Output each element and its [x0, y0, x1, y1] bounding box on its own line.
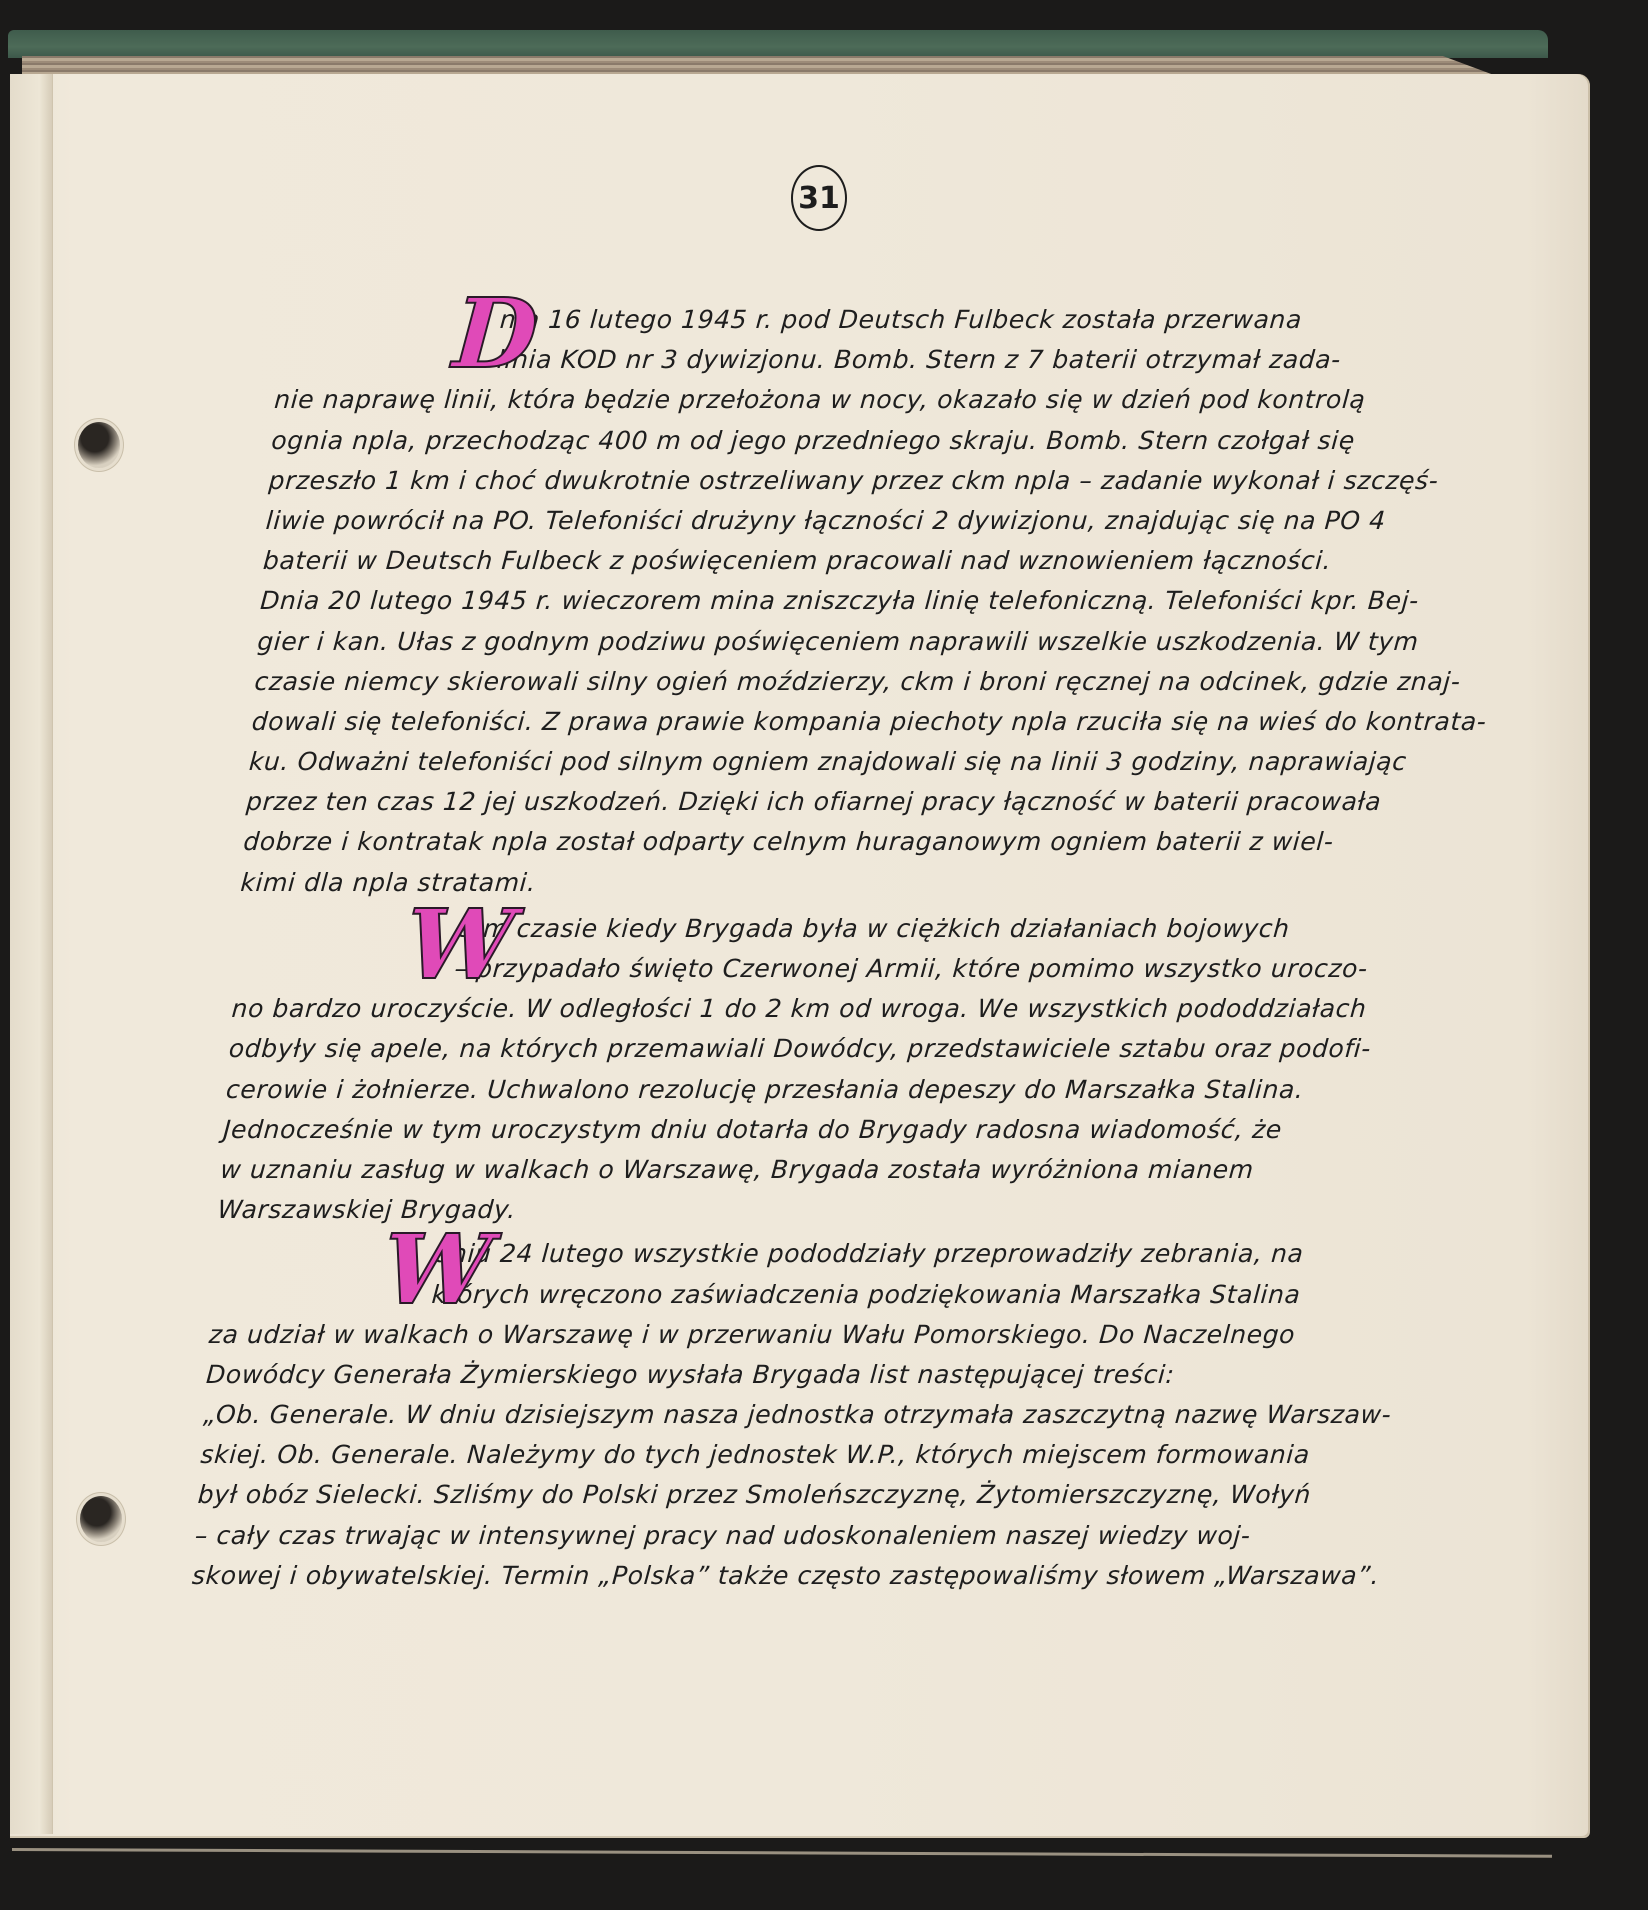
binder-hole-bottom [80, 1496, 122, 1542]
page-number-circle: 31 [791, 165, 847, 231]
paragraph-2: W tym czasie kiedy Brygada była w ciężki… [216, 909, 1438, 1231]
text-line: ognia npla, przechodząc 400 m od jego pr… [270, 421, 1473, 461]
text-line: „Ob. Generale. W dniu dzisiejszym nasza … [202, 1395, 1405, 1435]
text-line: był obóz Sielecki. Szliśmy do Polski prz… [196, 1475, 1399, 1515]
text-line: Dowódcy Generała Żymierskiego wysłała Br… [205, 1355, 1408, 1395]
text-line: baterii w Deutsch Fulbeck z poświęceniem… [262, 541, 1465, 581]
decorative-initial-d: D [451, 286, 542, 382]
decorative-initial-w: W [380, 1222, 495, 1318]
text-line: przez ten czas 12 jej uszkodzeń. Dzięki … [245, 782, 1448, 822]
binder-hole-top [78, 422, 120, 468]
paragraph-1: D nia 16 lutego 1945 r. pod Deutsch Fulb… [239, 300, 1481, 903]
page-number: 31 [798, 181, 840, 216]
text-line: przeszło 1 km i choć dwukrotnie ostrzeli… [267, 461, 1470, 501]
text-line: – cały czas trwając w intensywnej pracy … [193, 1516, 1396, 1556]
text-line: Dnia 20 lutego 1945 r. wieczorem mina zn… [259, 581, 1462, 621]
text-line: skowej i obywatelskiej. Termin „Polska” … [191, 1556, 1394, 1596]
book-cover-edge [8, 30, 1548, 58]
text-line: czasie niemcy skierowali silny ogień moź… [253, 662, 1456, 702]
page-gutter [10, 74, 53, 1834]
text-line: liwie powrócił na PO. Telefoniści drużyn… [264, 501, 1467, 541]
text-line: dobrze i kontratak npla został odparty c… [242, 822, 1445, 862]
text-line: gier i kan. Ułas z godnym podziwu poświę… [256, 622, 1459, 662]
text-line: Jednocześnie w tym uroczystym dniu dotar… [222, 1110, 1425, 1150]
text-line: dowali się telefoniści. Z prawa prawie k… [250, 702, 1453, 742]
text-line: ku. Odważni telefoniści pod silnym ognie… [248, 742, 1451, 782]
page-bottom-edge [12, 1848, 1552, 1858]
handwritten-text: D nia 16 lutego 1945 r. pod Deutsch Fulb… [191, 300, 1482, 1596]
text-line: odbyły się apele, na których przemawiali… [227, 1029, 1430, 1069]
text-line: skiej. Ob. Generale. Należymy do tych je… [199, 1435, 1402, 1475]
decorative-initial-w: W [403, 897, 518, 993]
text-line: cerowie i żołnierze. Uchwalono rezolucję… [225, 1070, 1428, 1110]
text-line: w uznaniu zasług w walkach o Warszawę, B… [219, 1150, 1422, 1190]
paragraph-3: W dniu 24 lutego wszystkie pododdziały p… [191, 1234, 1416, 1596]
